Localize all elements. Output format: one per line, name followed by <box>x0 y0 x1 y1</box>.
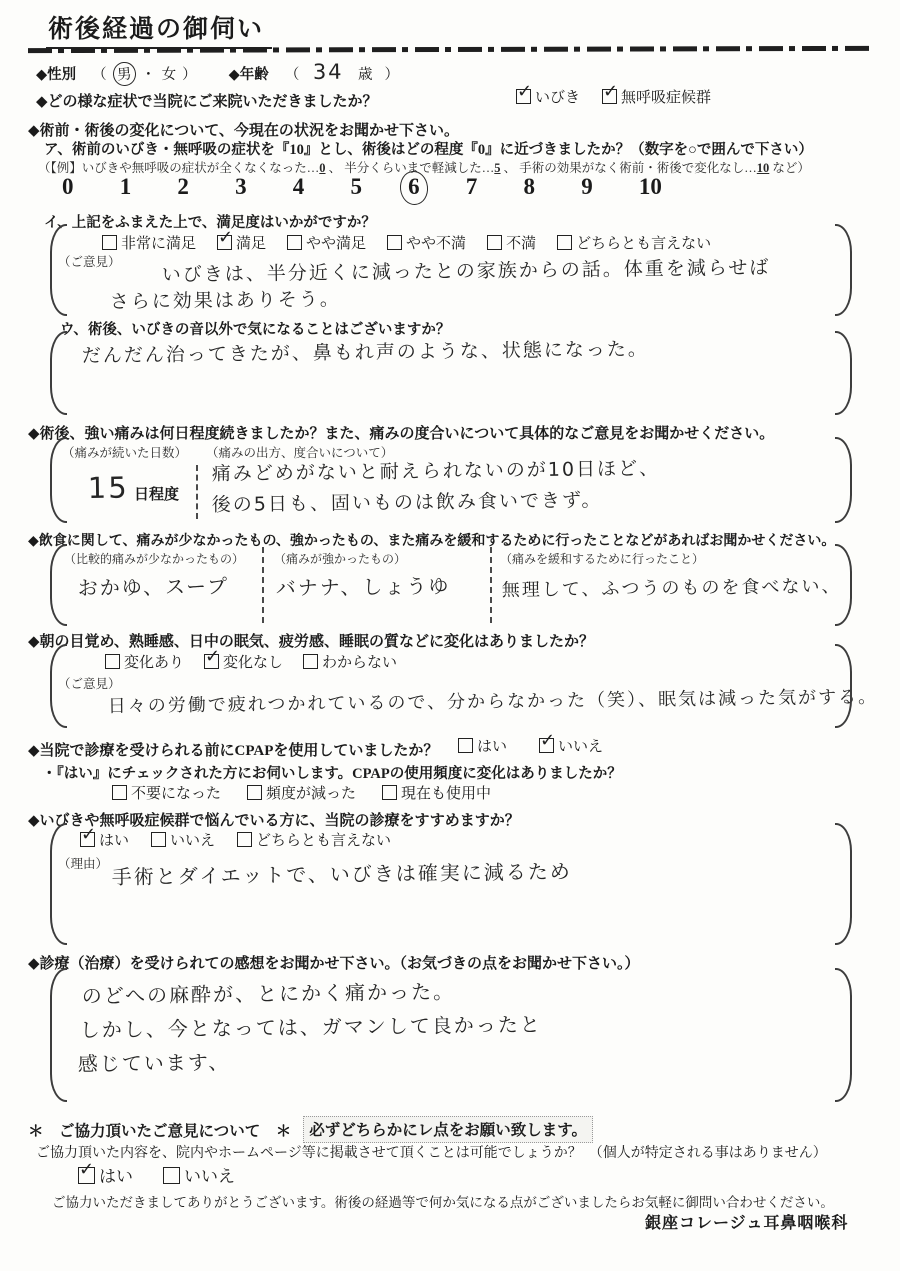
cpap-q2-options: 不要になった 頻度が減った 現在も使用中 <box>112 782 491 803</box>
checkbox-icon <box>303 654 318 669</box>
checkbox-icon <box>102 235 117 250</box>
gender-dot: ・ <box>141 63 156 84</box>
checkbox-icon <box>458 738 473 753</box>
checkbox-label: いいえ <box>170 829 215 850</box>
pain-answer-box: （痛みが続いた日数） （痛みの出方、度合いについて） 15 日程度 痛みどめがな… <box>50 437 852 523</box>
checkbox-label: どちらとも言えない <box>256 829 391 850</box>
scale-number-2: 2 <box>177 174 189 200</box>
checkbox-label: いびき <box>535 86 580 107</box>
impression-answer-box: のどへの麻酔が、とにかく痛かった。 しかし、今となっては、ガマンして良かったと … <box>50 968 852 1102</box>
checkbox-label: いいえ <box>184 1162 235 1187</box>
checkbox-icon <box>151 832 166 847</box>
checkbox-icon <box>387 235 402 250</box>
satisfaction-comment-line1: いびきは、半分近くに減ったとの家族からの話。体重を減らせば <box>162 253 771 287</box>
pain-days-unit: 日程度 <box>134 483 179 504</box>
footer-note-row: ＊ ご協力頂いたご意見について ＊ 必ずどちらかにレ点をお願い致します。 <box>28 1116 593 1143</box>
checkbox-label: やや不満 <box>406 232 466 253</box>
eating-col2-label: （痛みが強かったもの） <box>274 550 406 567</box>
checkbox-label: いいえ <box>558 735 603 756</box>
age-paren-open: （ <box>285 63 300 84</box>
checkbox-icon <box>516 89 531 104</box>
checkbox-unknown: わからない <box>303 651 397 672</box>
eating-col1-label: （比較的痛みが少なかったもの） <box>64 550 244 567</box>
publish-question: ご協力頂いた内容を、院内やホームページ等に掲載させて頂くことは可能でしょうか？ … <box>36 1142 827 1162</box>
recommend-reason: 手術とダイエットで、いびきは確実に減るため <box>112 855 572 890</box>
scale-number-4: 4 <box>293 174 305 200</box>
checkbox-somewhat-dissatisfied: やや不満 <box>387 232 466 253</box>
checkbox-icon <box>217 235 232 250</box>
checkbox-icon <box>204 654 219 669</box>
checkbox-publish-no: いいえ <box>163 1162 235 1187</box>
eating-answer-box: （比較的痛みが少なかったもの） （痛みが強かったもの） （痛みを緩和するために行… <box>50 544 852 626</box>
checkbox-label: 満足 <box>236 232 266 253</box>
checkbox-somewhat-satisfied: やや満足 <box>287 232 366 253</box>
paren-open: （ <box>92 63 107 84</box>
eating-col2-value: バナナ、しょうゆ <box>276 570 451 601</box>
scale-number-1: 1 <box>120 174 132 200</box>
scale-number-9: 9 <box>581 174 593 200</box>
age-unit: 歳 <box>358 63 373 84</box>
checkbox-label: どちらとも言えない <box>576 232 711 253</box>
eating-col1-value: おかゆ、スープ <box>78 570 230 601</box>
cpap-q1-options: はい いいえ <box>458 735 603 756</box>
column-divider <box>490 547 492 623</box>
checkbox-label: 現在も使用中 <box>401 782 491 803</box>
checkbox-cpap-yes: はい <box>458 735 507 756</box>
change-heading: ◆術前・術後の変化について、今現在の状況をお聞かせ下さい。 <box>28 119 459 140</box>
checkbox-very-satisfied: 非常に満足 <box>102 232 196 253</box>
pain-detail-line1: 痛みどめがないと耐えられないのが10日ほど、 <box>212 454 660 486</box>
checkbox-icon <box>287 235 302 250</box>
scale-number-8: 8 <box>524 174 536 200</box>
other-concerns-answer: だんだん治ってきたが、鼻もれ声のような、状態になった。 <box>82 334 649 368</box>
column-divider <box>262 547 264 623</box>
checkbox-label: 非常に満足 <box>121 232 196 253</box>
age-paren-close: ） <box>385 63 400 84</box>
scale-number-10: 10 <box>639 174 662 200</box>
gender-male-circle: 男 <box>112 61 137 87</box>
checkbox-label: 頻度が減った <box>266 782 356 803</box>
recommend-options: はい いいえ どちらとも言えない <box>80 829 391 850</box>
checkbox-publish-yes: はい <box>78 1162 133 1187</box>
opinion-label: （ご意見） <box>58 674 121 692</box>
checkbox-icon <box>237 832 252 847</box>
checkbox-icon <box>163 1167 180 1184</box>
checkbox-icon <box>539 738 554 753</box>
checkbox-recommend-no: いいえ <box>151 829 215 850</box>
example-text: など） <box>769 161 810 175</box>
symptom-options: いびき 無呼吸症候群 <box>516 86 711 107</box>
sleep-comment: 日々の労働で疲れつかれているので、分からなかった（笑）、眠気は減った気がする。 <box>108 683 879 718</box>
checkbox-label: 変化あり <box>124 651 184 672</box>
checkbox-label: 無呼吸症候群 <box>621 86 711 107</box>
age-label: ◆年齢 <box>229 63 269 84</box>
other-concerns-answer-box: だんだん治ってきたが、鼻もれ声のような、状態になった。 <box>50 331 852 415</box>
checkbox-label: はい <box>477 735 507 756</box>
satisfaction-answer-box: 非常に満足 満足 やや満足 やや不満 不満 どちらとも言えない （ご意見） いび… <box>50 224 852 316</box>
sleep-answer-box: 変化あり 変化なし わからない （ご意見） 日々の労働で疲れつかれているので、分… <box>50 644 852 728</box>
checkbox-icon <box>602 89 617 104</box>
change-question-a: ア、術前のいびき・無呼吸の症状を『10』とし、術後はどの程度『0』に近づきました… <box>44 138 813 159</box>
checkbox-frequency-reduced: 頻度が減った <box>247 782 356 803</box>
questionnaire-page: 術後経過の御伺い ◆性別 （ 男 ・ 女 ） ◆年齢 （ 34 歳 ） ◆どの様… <box>0 0 900 1271</box>
checkbox-label: やや満足 <box>306 232 366 253</box>
checkbox-neither: どちらとも言えない <box>557 232 711 253</box>
checkbox-label: はい <box>99 1162 133 1187</box>
page-title: 術後経過の御伺い <box>46 9 272 49</box>
checkbox-icon <box>247 785 262 800</box>
checkbox-icon <box>112 785 127 800</box>
checkbox-no-change: 変化なし <box>204 651 283 672</box>
checkbox-label: はい <box>99 829 129 850</box>
checkbox-still-using: 現在も使用中 <box>382 782 491 803</box>
checkbox-icon <box>557 235 572 250</box>
paren-close: ） <box>182 63 197 84</box>
checkbox-label: わからない <box>322 651 397 672</box>
footer-note-left: ＊ ご協力頂いたご意見について ＊ <box>28 1119 291 1141</box>
severity-scale: 0 1 2 3 4 5 6 7 8 9 10 <box>62 174 662 200</box>
clinic-name: 銀座コレージュ耳鼻咽喉科 <box>645 1210 848 1233</box>
example-num-10: 10 <box>757 161 770 175</box>
impression-line2: しかし、今となっては、ガマンして良かったと <box>80 1008 542 1043</box>
gender-female: 女 <box>162 63 177 84</box>
scale-number-5: 5 <box>350 174 362 200</box>
satisfaction-options: 非常に満足 満足 やや満足 やや不満 不満 どちらとも言えない <box>102 232 711 253</box>
pain-detail-line2: 後の5日も、固いものは飲み食いできず。 <box>212 485 603 517</box>
checkbox-cpap-no: いいえ <box>539 735 603 756</box>
checkbox-satisfied: 満足 <box>217 232 266 253</box>
cpap-question1: ◆当院で診療を受けられる前にCPAPを使用していましたか？ <box>28 739 438 760</box>
checkbox-icon <box>487 235 502 250</box>
checkbox-apnea: 無呼吸症候群 <box>602 86 711 107</box>
column-divider <box>196 465 198 519</box>
checkbox-icon <box>382 785 397 800</box>
reason-label: （理由） <box>58 854 108 872</box>
thanks-message: ご協力いただきましてありがとうございます。術後の経過等で何か気になる点がございま… <box>52 1191 834 1211</box>
pain-days-value: 15 <box>88 471 129 505</box>
impression-line1: のどへの麻酔が、とにかく痛かった。 <box>82 975 456 1009</box>
checkbox-label: 不満 <box>506 232 536 253</box>
example-text: （【例】いびきや無呼吸の症状が全くなくなった… <box>38 161 319 175</box>
scale-number-3: 3 <box>235 174 247 200</box>
eating-col3-value: 無理して、ふつうのものを食べない、 <box>502 572 842 602</box>
satisfaction-comment-line2: さらに効果はありそう。 <box>110 284 341 314</box>
recommend-answer-box: はい いいえ どちらとも言えない （理由） 手術とダイエットで、いびきは確実に減… <box>50 823 852 945</box>
age-value: 34 <box>313 60 344 84</box>
checkbox-recommend-yes: はい <box>80 829 129 850</box>
scale-number-0: 0 <box>62 174 74 200</box>
publish-options: はい いいえ <box>78 1162 235 1187</box>
scale-number-7: 7 <box>466 174 478 200</box>
sleep-options: 変化あり 変化なし わからない <box>105 651 397 672</box>
opinion-label: （ご意見） <box>58 252 121 270</box>
pain-days-label: （痛みが続いた日数） <box>62 443 187 461</box>
example-text: 、 手術の効果がなく術前・術後で変化なし… <box>501 161 757 175</box>
cpap-question2: ・『はい』にチェックされた方にお伺いします。CPAPの使用頻度に変化はありました… <box>42 762 622 783</box>
checkbox-changed: 変化あり <box>105 651 184 672</box>
profile-row: ◆性別 （ 男 ・ 女 ） ◆年齢 （ 34 歳 ） <box>36 60 399 86</box>
checkbox-label: 変化なし <box>223 651 283 672</box>
scale-number-6-selected: 6 <box>408 174 420 200</box>
checkbox-icon <box>80 832 95 847</box>
impression-line3: 感じています、 <box>78 1046 231 1077</box>
dashed-divider <box>28 46 874 53</box>
checkbox-icon <box>105 654 120 669</box>
checkbox-no-longer-needed: 不要になった <box>112 782 221 803</box>
eating-col3-label: （痛みを緩和するために行ったこと） <box>500 550 704 567</box>
checkbox-snoring: いびき <box>516 86 580 107</box>
checkbox-dissatisfied: 不満 <box>487 232 536 253</box>
checkbox-recommend-neither: どちらとも言えない <box>237 829 391 850</box>
checkbox-icon <box>78 1167 95 1184</box>
gender-label: ◆性別 <box>36 63 76 84</box>
symptom-question: ◆どの様な症状で当院にご来院いただきましたか？ <box>36 90 378 111</box>
footer-note-emphasis: 必ずどちらかにレ点をお願い致します。 <box>303 1116 593 1143</box>
checkbox-label: 不要になった <box>131 782 221 803</box>
